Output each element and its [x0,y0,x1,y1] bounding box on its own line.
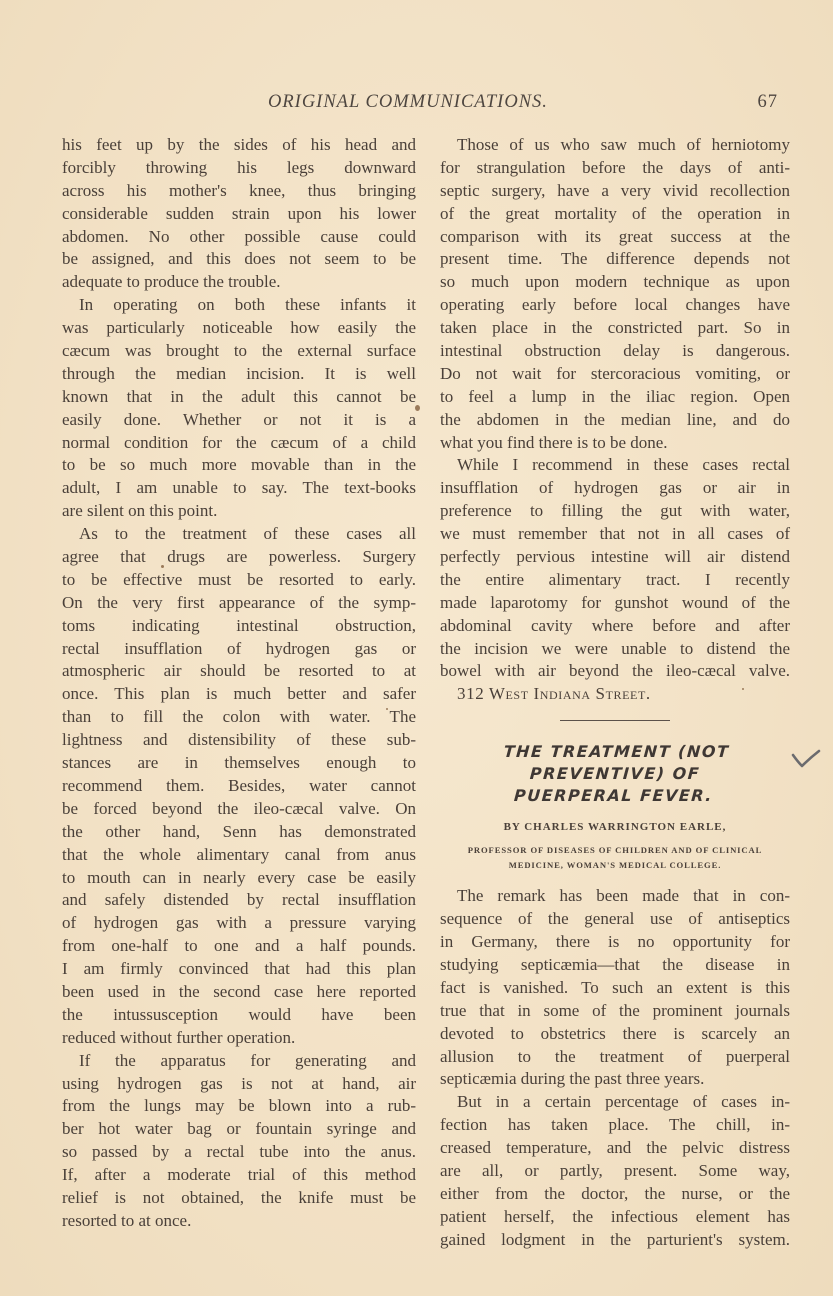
text-line: stances are in themselves enough to [62,752,416,775]
text-line: preference to filling the gut with water… [440,500,790,523]
text-line: Do not wait for stercoracious vomiting, … [440,363,790,386]
paper-speck [742,688,744,690]
author-affiliation: PROFESSOR OF DISEASES OF CHILDREN AND OF… [440,843,790,873]
text-line: insufflation of hydrogen gas or air in [440,477,790,500]
text-line: septicæmia during the past three years. [440,1068,790,1091]
text-line: the entire alimentary tract. I recently [440,569,790,592]
text-line: abdominal cavity where before and after [440,615,790,638]
text-line: devoted to obstetrics there is scarcely … [440,1023,790,1046]
text-line: abdomen. No other possible cause could [62,226,416,249]
paper-speck [161,565,164,568]
text-line: across his mother's knee, thus bringing [62,180,416,203]
article-title: THE TREATMENT (NOT PREVENTIVE) OF PUERPE… [438,741,793,807]
text-line: taken place in the constricted part. So … [440,317,790,340]
text-line: septic surgery, have a very vivid recoll… [440,180,790,203]
text-line: normal condition for the cæcum of a chil… [62,432,416,455]
text-line: to mouth can in nearly every case be eas… [62,867,416,890]
text-line: once. This plan is much better and safer [62,683,416,706]
running-title: ORIGINAL COMMUNICATIONS. [268,92,548,113]
text-line: made laparotomy for gunshot wound of the [440,592,790,615]
paragraph-start-line: If the apparatus for generating and [62,1050,416,1073]
text-line: to be effective must be resorted to earl… [62,569,416,592]
text-line: be forced beyond the ileo-cæcal valve. O… [62,798,416,821]
text-line: If, after a moderate trial of this metho… [62,1164,416,1187]
text-line: allusion to the treatment of puerperal [440,1046,790,1069]
scanned-page: ORIGINAL COMMUNICATIONS. 67 his feet up … [0,0,833,1296]
text-line: On the very first appearance of the symp… [62,592,416,615]
text-line: of the great mortality of the operation … [440,203,790,226]
text-line: fection has taken place. The chill, in- [440,1114,790,1137]
text-line: atmospheric air should be resorted to at [62,660,416,683]
text-line: been used in the second case here report… [62,981,416,1004]
text-line: either from the doctor, the nurse, or th… [440,1183,790,1206]
text-line: I am firmly convinced that had this plan [62,958,416,981]
text-line: to feel a lump in the iliac region. Open [440,386,790,409]
text-line: sequence of the general use of antisepti… [440,908,790,931]
text-line: what you find there is to be done. [440,432,790,455]
text-line: adult, I am unable to say. The text-book… [62,477,416,500]
text-line: toms indicating intestinal obstruction, [62,615,416,638]
paragraph-start-line: While I recommend in these cases rectal [440,454,790,477]
text-line: for strangulation before the days of ant… [440,157,790,180]
text-line: intestinal obstruction delay is dangerou… [440,340,790,363]
text-line: agree that drugs are powerless. Surgery [62,546,416,569]
text-line: adequate to produce the trouble. [62,271,416,294]
text-line: the other hand, Senn has demonstrated [62,821,416,844]
paragraph-start-line: Those of us who saw much of herniotomy [440,134,790,157]
right-column: Those of us who saw much of herniotomy f… [440,134,790,1252]
text-line: so much upon modern technique as upon [440,271,790,294]
text-line: gained lodgment in the parturient's syst… [440,1229,790,1252]
text-line: operating early before local changes hav… [440,294,790,317]
article-title-line-2: PUERPERAL FEVER. [438,785,790,807]
affiliation-line-1: PROFESSOR OF DISEASES OF CHILDREN AND OF… [440,843,790,858]
text-line: the intussusception would have been [62,1004,416,1027]
text-line: forcibly throwing his legs downward [62,157,416,180]
check-mark-icon [790,746,822,772]
paper-speck [386,708,388,710]
text-line: patient herself, the infectious element … [440,1206,790,1229]
text-line: comparison with its great success at the [440,226,790,249]
paragraph-start-line: As to the treatment of these cases all [62,523,416,546]
text-line: be assigned, and this does not seem to b… [62,248,416,271]
text-line: cæcum was brought to the external surfac… [62,340,416,363]
left-column: his feet up by the sides of his head and… [62,134,416,1233]
text-line: resorted to at once. [62,1210,416,1233]
text-line: present time. The difference depends not [440,248,790,271]
text-line: in Germany, there is no opportunity for [440,931,790,954]
text-line: are silent on this point. [62,500,416,523]
text-line: through the median incision. It is well [62,363,416,386]
paragraph-start-line: But in a certain percentage of cases in- [440,1091,790,1114]
text-line: the abdomen in the median line, and do [440,409,790,432]
paragraph-start-line: The remark has been made that in con- [440,885,790,908]
page-number: 67 [758,92,779,113]
text-line: bowel with air beyond the ileo-cæcal val… [440,660,790,683]
text-line: relief is not obtained, the knife must b… [62,1187,416,1210]
text-line: lightness and distensibility of these su… [62,729,416,752]
text-line: known that in the adult this cannot be [62,386,416,409]
section-divider [560,720,670,721]
text-line: rectal insufflation of hydrogen gas or [62,638,416,661]
article-byline: BY CHARLES WARRINGTON EARLE, [440,821,790,833]
paper-speck [415,405,420,411]
text-line: considerable sudden strain upon his lowe… [62,203,416,226]
text-line: perfectly pervious intestine will air di… [440,546,790,569]
text-line: the incision we were unable to distend t… [440,638,790,661]
text-line: ber hot water bag or fountain syringe an… [62,1118,416,1141]
paragraph-start-line: In operating on both these infants it [62,294,416,317]
text-line: are all, or partly, present. Some way, [440,1160,790,1183]
text-line: reduced without further operation. [62,1027,416,1050]
text-line: was particularly noticeable how easily t… [62,317,416,340]
text-line: that the whole alimentary canal from anu… [62,844,416,867]
text-line: fact is vanished. To such an extent is t… [440,977,790,1000]
author-address: 312 West Indiana Street. [440,683,790,706]
text-line: creased temperature, and the pelvic dist… [440,1137,790,1160]
text-line: using hydrogen gas is not at hand, air [62,1073,416,1096]
text-line: to be so much more movable than in the [62,454,416,477]
text-line: easily done. Whether or not it is a [62,409,416,432]
article-body: The remark has been made that in con- se… [440,885,790,1251]
text-line: of hydrogen gas with a pressure varying [62,912,416,935]
text-line: from one-half to one and a half pounds. [62,935,416,958]
text-line: we must remember that not in all cases o… [440,523,790,546]
running-head: ORIGINAL COMMUNICATIONS. 67 [268,92,778,114]
text-line: recommend them. Besides, water cannot [62,775,416,798]
text-line: so passed by a rectal tube into the anus… [62,1141,416,1164]
text-line: from the lungs may be blown into a rub- [62,1095,416,1118]
text-line: his feet up by the sides of his head and [62,134,416,157]
article-title-line-1: THE TREATMENT (NOT PREVENTIVE) OF [439,741,792,785]
text-line: and safely distended by rectal insufflat… [62,889,416,912]
text-line: studying septicæmia—that the disease in [440,954,790,977]
affiliation-line-2: MEDICINE, WOMAN'S MEDICAL COLLEGE. [440,858,790,873]
text-line: true that in some of the prominent journ… [440,1000,790,1023]
text-line: than to fill the colon with water. The [62,706,416,729]
